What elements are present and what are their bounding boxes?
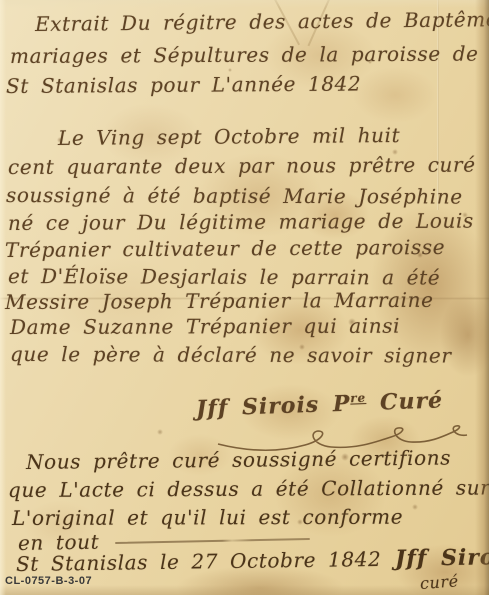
signature-superscript: re [350,391,366,406]
heading-line: mariages et Sépultures de la paroisse de [10,42,479,68]
en-tout-rule [115,538,310,544]
body-line: cent quarante deux par nous prêtre curé [8,153,476,179]
dateline-text: St Stanislas le 27 Octobre 1842 [16,547,382,576]
catalog-label: CL-0757-B-3-07 [5,575,92,587]
body-line: Messire Joseph Trépanier la Marraine [5,288,434,314]
body-line: et D'Éloïse Desjarlais le parrain a été [8,264,440,290]
scanned-document-page: Extrait Du régitre des actes de Baptême … [0,0,489,595]
signature-text: Jff Sirois P [381,544,489,572]
body-line: soussigné à été baptisé Marie Joséphine [6,183,463,209]
heading-line: Extrait Du régitre des actes de Baptême [35,7,489,36]
body-line: Le Ving sept Octobre mil huit [58,123,400,150]
priest-signature-2: Jff Sirois Pre [381,543,489,572]
signature-2-title: curé [419,571,459,593]
body-line: Trépanier cultivateur de cette paroisse [5,235,445,262]
body-line: Dame Suzanne Trépanier qui ainsi [10,314,400,339]
body-line: né ce jour Du légitime mariage de Louis [8,209,474,235]
certification-line: que L'acte ci dessus a été Collationné s… [8,475,489,502]
certification-line: Nous prêtre curé soussigné certifions [26,446,451,474]
priest-signature: Jff Sirois Pre Curé [196,387,444,422]
signature-text: Jff Sirois P [196,391,351,422]
signature-text: Curé [366,387,444,416]
body-line: que le père à déclaré ne savoir signer [10,342,452,368]
certification-line: L'original et qu'il lui est conforme [12,505,403,530]
heading-line: St Stanislas pour L'année 1842 [6,72,361,98]
